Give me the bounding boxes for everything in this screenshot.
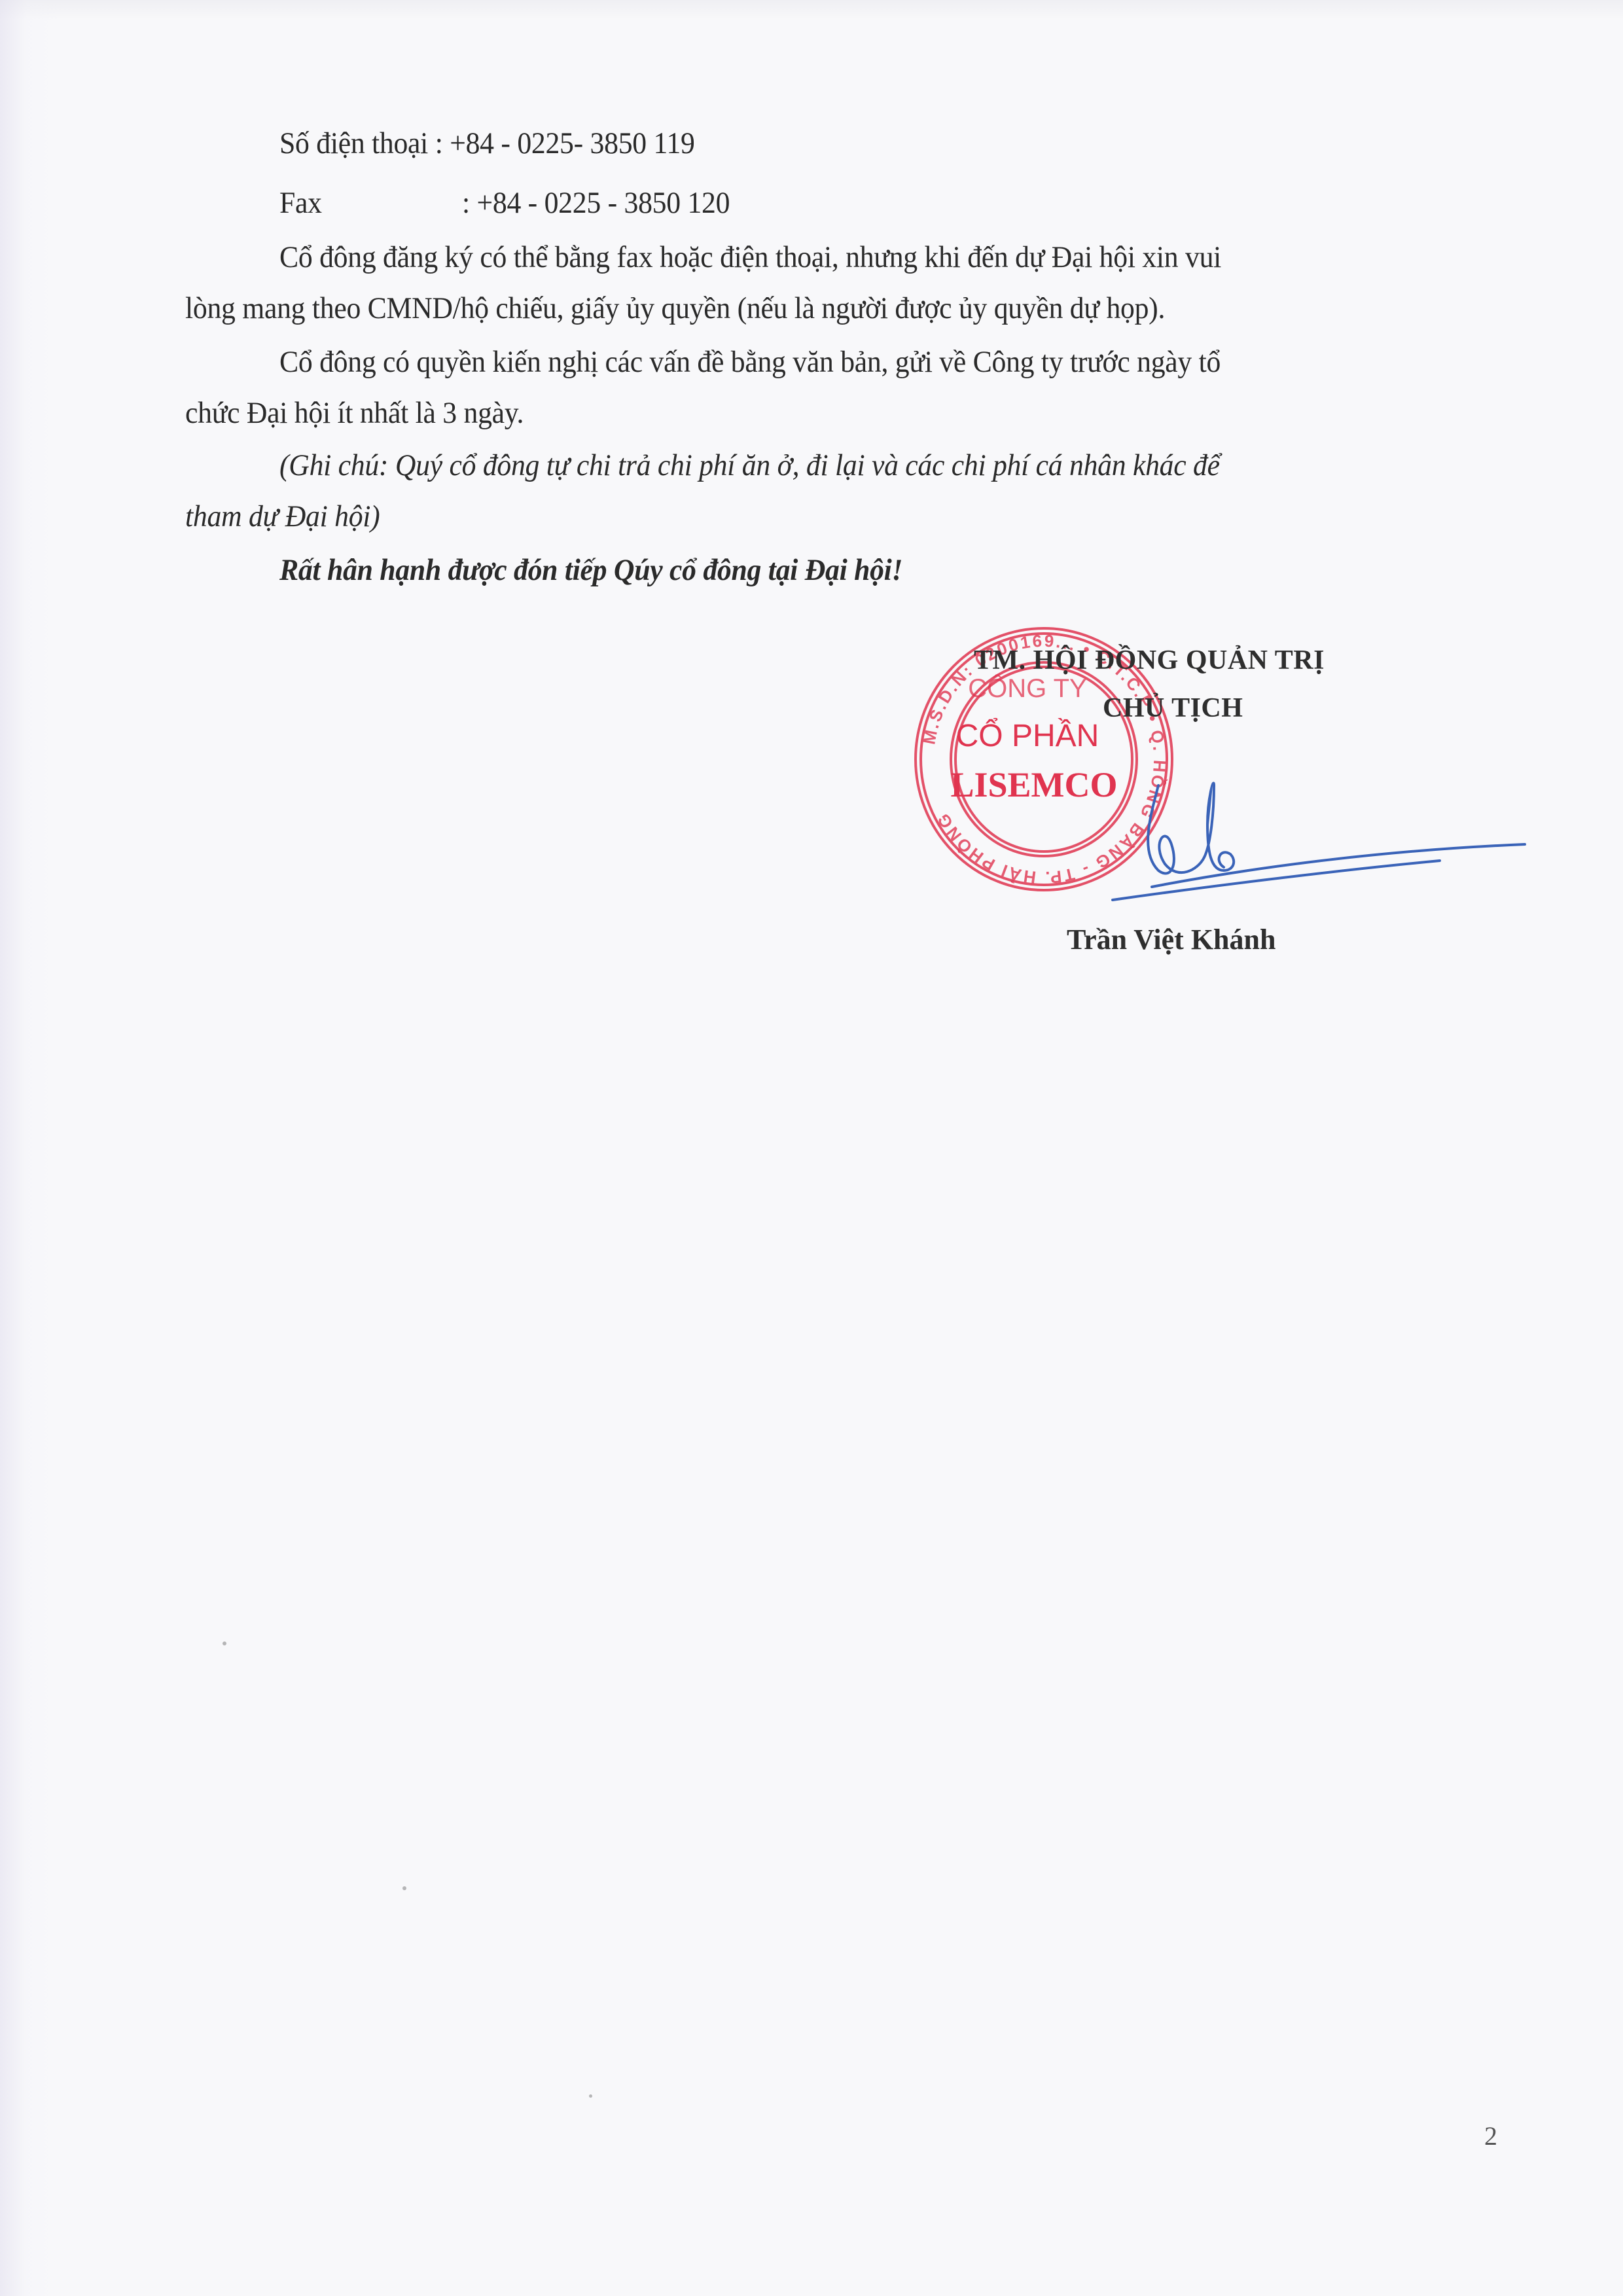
registration-paragraph-line-2: lòng mang theo CMND/hộ chiếu, giấy ủy qu…	[185, 293, 1165, 324]
registration-paragraph-line-1: Cổ đông đăng ký có thể bằng fax hoặc điệ…	[279, 242, 1221, 273]
proposals-paragraph-line-2: chức Đại hội ít nhất là 3 ngày.	[185, 398, 524, 429]
phone-value: : +84 - 0225- 3850 119	[435, 126, 695, 160]
note-paragraph-line-1: (Ghi chú: Quý cổ đông tự chi trả chi phí…	[279, 450, 1220, 481]
proposals-paragraph-line-1: Cổ đông có quyền kiến nghị các vấn đề bằ…	[279, 347, 1221, 378]
scan-speck	[223, 1641, 226, 1645]
signer-name: Trần Việt Khánh	[1067, 923, 1275, 956]
stamp-inner-line-2: CỔ PHẦN	[956, 717, 1099, 753]
stamp-inner-line-1: CÔNG TY	[968, 673, 1087, 703]
signature-position-title: CHỦ TỊCH	[1103, 692, 1243, 724]
scan-speck	[589, 2094, 592, 2098]
stamp-inner-line-3: LISEMCO	[950, 765, 1117, 804]
phone-label: Số điện thoại	[279, 126, 428, 160]
handwritten-signature	[1073, 772, 1531, 903]
scan-speck	[402, 1886, 406, 1890]
phone-line: Số điện thoại : +84 - 0225- 3850 119	[279, 128, 695, 159]
page-number: 2	[1484, 2121, 1497, 2151]
note-paragraph-line-2: tham dự Đại hội)	[185, 501, 380, 532]
document-page: Số điện thoại : +84 - 0225- 3850 119 Fax…	[0, 0, 1623, 2296]
closing-greeting: Rất hân hạnh được đón tiếp Qúy cổ đông t…	[279, 555, 902, 586]
fax-label: Fax	[279, 188, 322, 219]
signature-on-behalf-title: TM. HỘI ĐỒNG QUẢN TRỊ	[974, 645, 1325, 676]
fax-value: : +84 - 0225 - 3850 120	[462, 188, 730, 219]
